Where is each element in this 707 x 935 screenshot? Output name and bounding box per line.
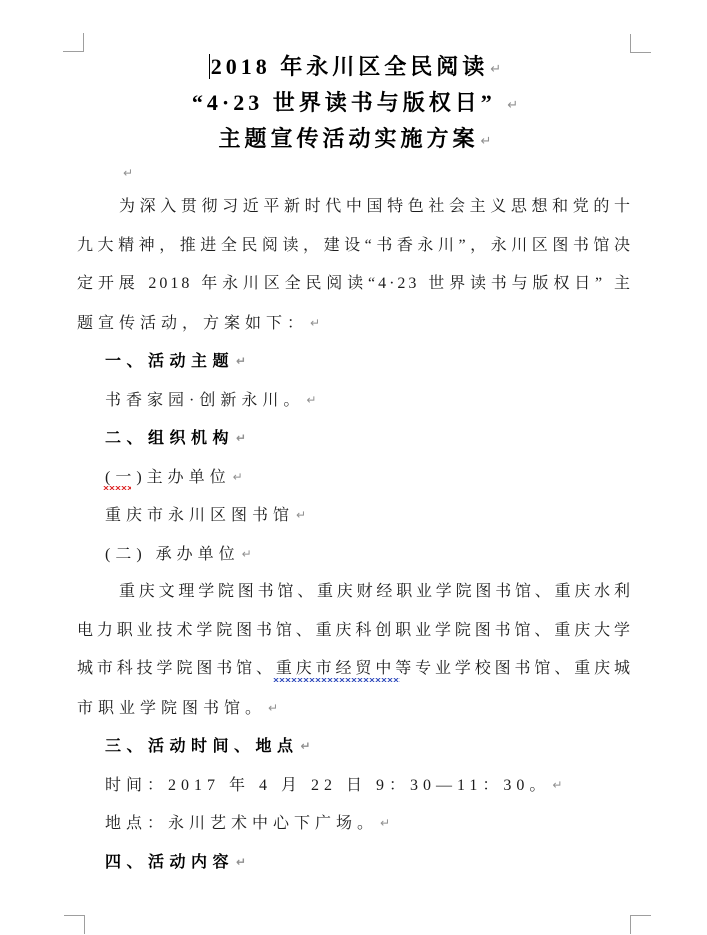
text-line[interactable]: 九大精神，推进全民阅读，建设“书香永川”，永川区图书馆决 <box>77 227 633 266</box>
text-line[interactable]: 定开展 2018 年永川区全民阅读“4·23 世界读书与版权日” 主 <box>77 265 633 304</box>
text-line[interactable]: 四、活动内容↵ <box>77 843 633 882</box>
text-boundary-mark-bottom-right-icon <box>630 915 651 934</box>
text-line[interactable]: 为深入贯彻习近平新时代中国特色社会主义思想和党的十 <box>77 188 633 227</box>
text-line[interactable]: 一、活动主题↵ <box>77 342 633 381</box>
paragraph-mark-icon: ↵ <box>296 508 306 522</box>
doc-title-text-1: 2018 年永川区全民阅读 <box>211 54 489 79</box>
paragraph-mark-icon: ↵ <box>236 855 246 869</box>
paragraph-mark-icon: ↵ <box>490 62 501 77</box>
paragraph-mark-icon: ↵ <box>552 778 562 792</box>
paragraph-mark-icon: ↵ <box>481 134 492 149</box>
paragraph[interactable]: 地点：永川艺术中心下广场。↵ <box>77 804 633 843</box>
doc-title-line-1[interactable]: 2018 年永川区全民阅读↵ <box>77 50 633 86</box>
paragraph-mark-icon: ↵ <box>306 393 316 407</box>
paragraph[interactable]: 重庆市永川区图书馆↵ <box>77 496 633 535</box>
empty-paragraph[interactable]: ↵ <box>77 158 633 188</box>
text-line[interactable]: 重庆文理学院图书馆、重庆财经职业学院图书馆、重庆水利 <box>77 573 633 612</box>
text-line[interactable]: 市职业学院图书馆。↵ <box>77 689 633 728</box>
text-boundary-mark-top-right-icon <box>630 34 651 53</box>
text-line[interactable]: 地点：永川艺术中心下广场。↵ <box>77 804 633 843</box>
paragraph-mark-icon: ↵ <box>123 166 133 180</box>
paragraph[interactable]: 重庆文理学院图书馆、重庆财经职业学院图书馆、重庆水利电力职业技术学院图书馆、重庆… <box>77 573 633 727</box>
text-line[interactable]: 城市科技学院图书馆、重庆市经贸中等专业学校图书馆、重庆城 <box>77 650 633 689</box>
text-line[interactable]: 重庆市永川区图书馆↵ <box>77 496 633 535</box>
paragraph[interactable]: (二) 承办单位↵ <box>77 535 633 574</box>
grammar-check-squiggle-icon <box>273 678 400 682</box>
paragraph[interactable]: 时间：2017 年 4 月 22 日 9：30—11：30。↵ <box>77 766 633 805</box>
paragraph[interactable]: 书香家园·创新永川。↵ <box>77 381 633 420</box>
paragraph-mark-icon: ↵ <box>310 316 320 330</box>
paragraph-mark-icon: ↵ <box>242 547 252 561</box>
doc-title-text-3: 主题宣传活动实施方案 <box>219 126 479 151</box>
text-line[interactable]: 题宣传活动，方案如下：↵ <box>77 304 633 343</box>
doc-title-line-3[interactable]: 主题宣传活动实施方案↵ <box>77 122 633 158</box>
text-line[interactable]: 三、活动时间、地点↵ <box>77 727 633 766</box>
heading[interactable]: 四、活动内容↵ <box>77 843 633 882</box>
heading[interactable]: 一、活动主题↵ <box>77 342 633 381</box>
paragraph-mark-icon: ↵ <box>236 354 246 368</box>
text-cursor <box>209 54 210 79</box>
paragraph[interactable]: 为深入贯彻习近平新时代中国特色社会主义思想和党的十九大精神，推进全民阅读，建设“… <box>77 188 633 342</box>
paragraph-mark-icon: ↵ <box>268 701 278 715</box>
paragraph[interactable]: (一)主办单位↵ <box>77 458 633 497</box>
paragraph-mark-icon: ↵ <box>507 98 518 113</box>
heading[interactable]: 三、活动时间、地点↵ <box>77 727 633 766</box>
doc-title-text-2: “4·23 世界读书与版权日” <box>192 90 496 115</box>
paragraph-mark-icon: ↵ <box>301 739 311 753</box>
text-boundary-mark-bottom-left-icon <box>64 915 85 934</box>
text-line[interactable]: 二、组织机构↵ <box>77 419 633 458</box>
paragraph-mark-icon: ↵ <box>380 816 390 830</box>
text-line[interactable]: (一)主办单位↵ <box>77 458 633 497</box>
text-column[interactable]: 2018 年永川区全民阅读↵ “4·23 世界读书与版权日” ↵ 主题宣传活动实… <box>77 50 633 881</box>
doc-title-line-2[interactable]: “4·23 世界读书与版权日” ↵ <box>77 86 633 122</box>
document-body[interactable]: 为深入贯彻习近平新时代中国特色社会主义思想和党的十九大精神，推进全民阅读，建设“… <box>77 188 633 881</box>
text-line[interactable]: 电力职业技术学院图书馆、重庆科创职业学院图书馆、重庆大学 <box>77 612 633 651</box>
text-line[interactable]: (二) 承办单位↵ <box>77 535 633 574</box>
document-page[interactable]: 2018 年永川区全民阅读↵ “4·23 世界读书与版权日” ↵ 主题宣传活动实… <box>0 0 707 935</box>
heading[interactable]: 二、组织机构↵ <box>77 419 633 458</box>
spellcheck-squiggle-icon <box>103 486 131 490</box>
text-line[interactable]: 时间：2017 年 4 月 22 日 9：30—11：30。↵ <box>77 766 633 805</box>
paragraph-mark-icon: ↵ <box>236 431 246 445</box>
paragraph-mark-icon: ↵ <box>233 470 243 484</box>
text-line[interactable]: 书香家园·创新永川。↵ <box>77 381 633 420</box>
